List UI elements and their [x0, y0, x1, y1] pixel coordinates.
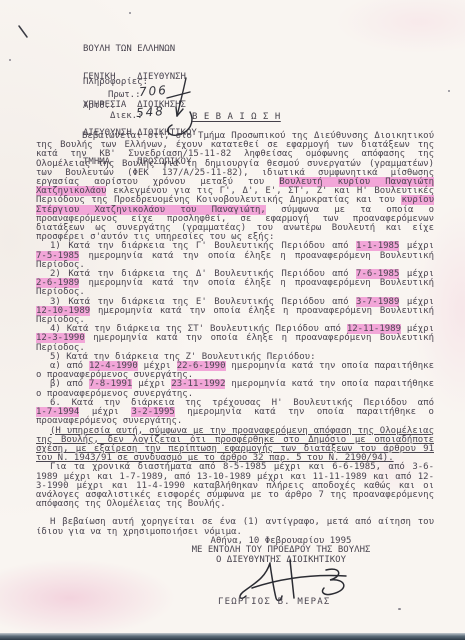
period-item-3: 3) Κατά την διάρκεια της Ε' Βουλευτικής … — [36, 298, 434, 326]
period-item-5a: α) από 12-4-1990 μέχρι 22-6-1990 ημερομη… — [36, 362, 434, 380]
scan-speck — [9, 59, 11, 61]
final-paragraph: Η βεβαίωση αυτή χορηγείται σε ένα (1) αν… — [36, 518, 434, 536]
period-item-1: 1) Κατά την διάρκεια της Γ' Βουλευτικής … — [36, 242, 434, 270]
payments-paragraph: Για τα χρονικά διαστήματα από 8-5-1985 μ… — [36, 463, 434, 509]
protocol-label: Πρωτ.: — [108, 90, 141, 100]
number-label: Αριθ.: — [83, 101, 116, 111]
period-item-4: 4) Κατά την διάρκεια της ΣΤ' Βουλευτικής… — [36, 325, 434, 353]
scan-speck — [398, 608, 401, 610]
intro-paragraph: Βεβαιώνεται ότι, στο Τμήμα Προσωπικού τη… — [36, 132, 434, 242]
item2-tail: ημερομηνία κατά την οποία έληξε η προανα… — [36, 278, 434, 297]
period-item-5b: β) από 7-8-1991 μέχρι 23-11-1992 ημερομη… — [36, 380, 434, 398]
document-body: Βεβαιώνεται ότι, στο Τμήμα Προσωπικού τη… — [36, 132, 434, 537]
document-title: Β Ε Β Α Ι Ω Σ Η — [192, 112, 281, 122]
letterhead-line-parliament: ΒΟΥΛΗ ΤΩΝ ΕΛΛΗΝΩΝ — [83, 45, 197, 54]
scan-bottom-edge — [0, 633, 465, 640]
signer-name: ΓΕΩΡΓΙΟΣ Β. ΜΕΡΑΣ — [218, 597, 331, 607]
scan-speck — [129, 12, 131, 14]
pen-slash-mark — [17, 24, 31, 40]
scanned-certificate-page: ΒΟΥΛΗ ΤΩΝ ΕΛΛΗΝΩΝ ΓΕΝΙΚΗ ΔΙΕΥΘΥΝΣΗ ΥΠΗΡΕ… — [0, 0, 465, 640]
item3-tail: ημερομηνία κατά την οποία έληξε η προανα… — [36, 306, 434, 325]
underlined-legal-note: (Η υπηρεσία αυτή, σύμφωνα με την προαναφ… — [36, 427, 434, 464]
period-item-2: 2) Κατά την διάρκεια της Δ' Βουλευτικής … — [36, 270, 434, 298]
item4-tail: ημερομηνία κατά την οποία έληξε η προανα… — [36, 333, 434, 352]
item1-tail: ημερομηνία κατά την οποία έληξε η προανα… — [36, 251, 434, 270]
scan-speck — [448, 90, 450, 92]
period-item-6: 6. Κατά την διάρκεια της τρέχουσας Η' Βο… — [36, 399, 434, 427]
